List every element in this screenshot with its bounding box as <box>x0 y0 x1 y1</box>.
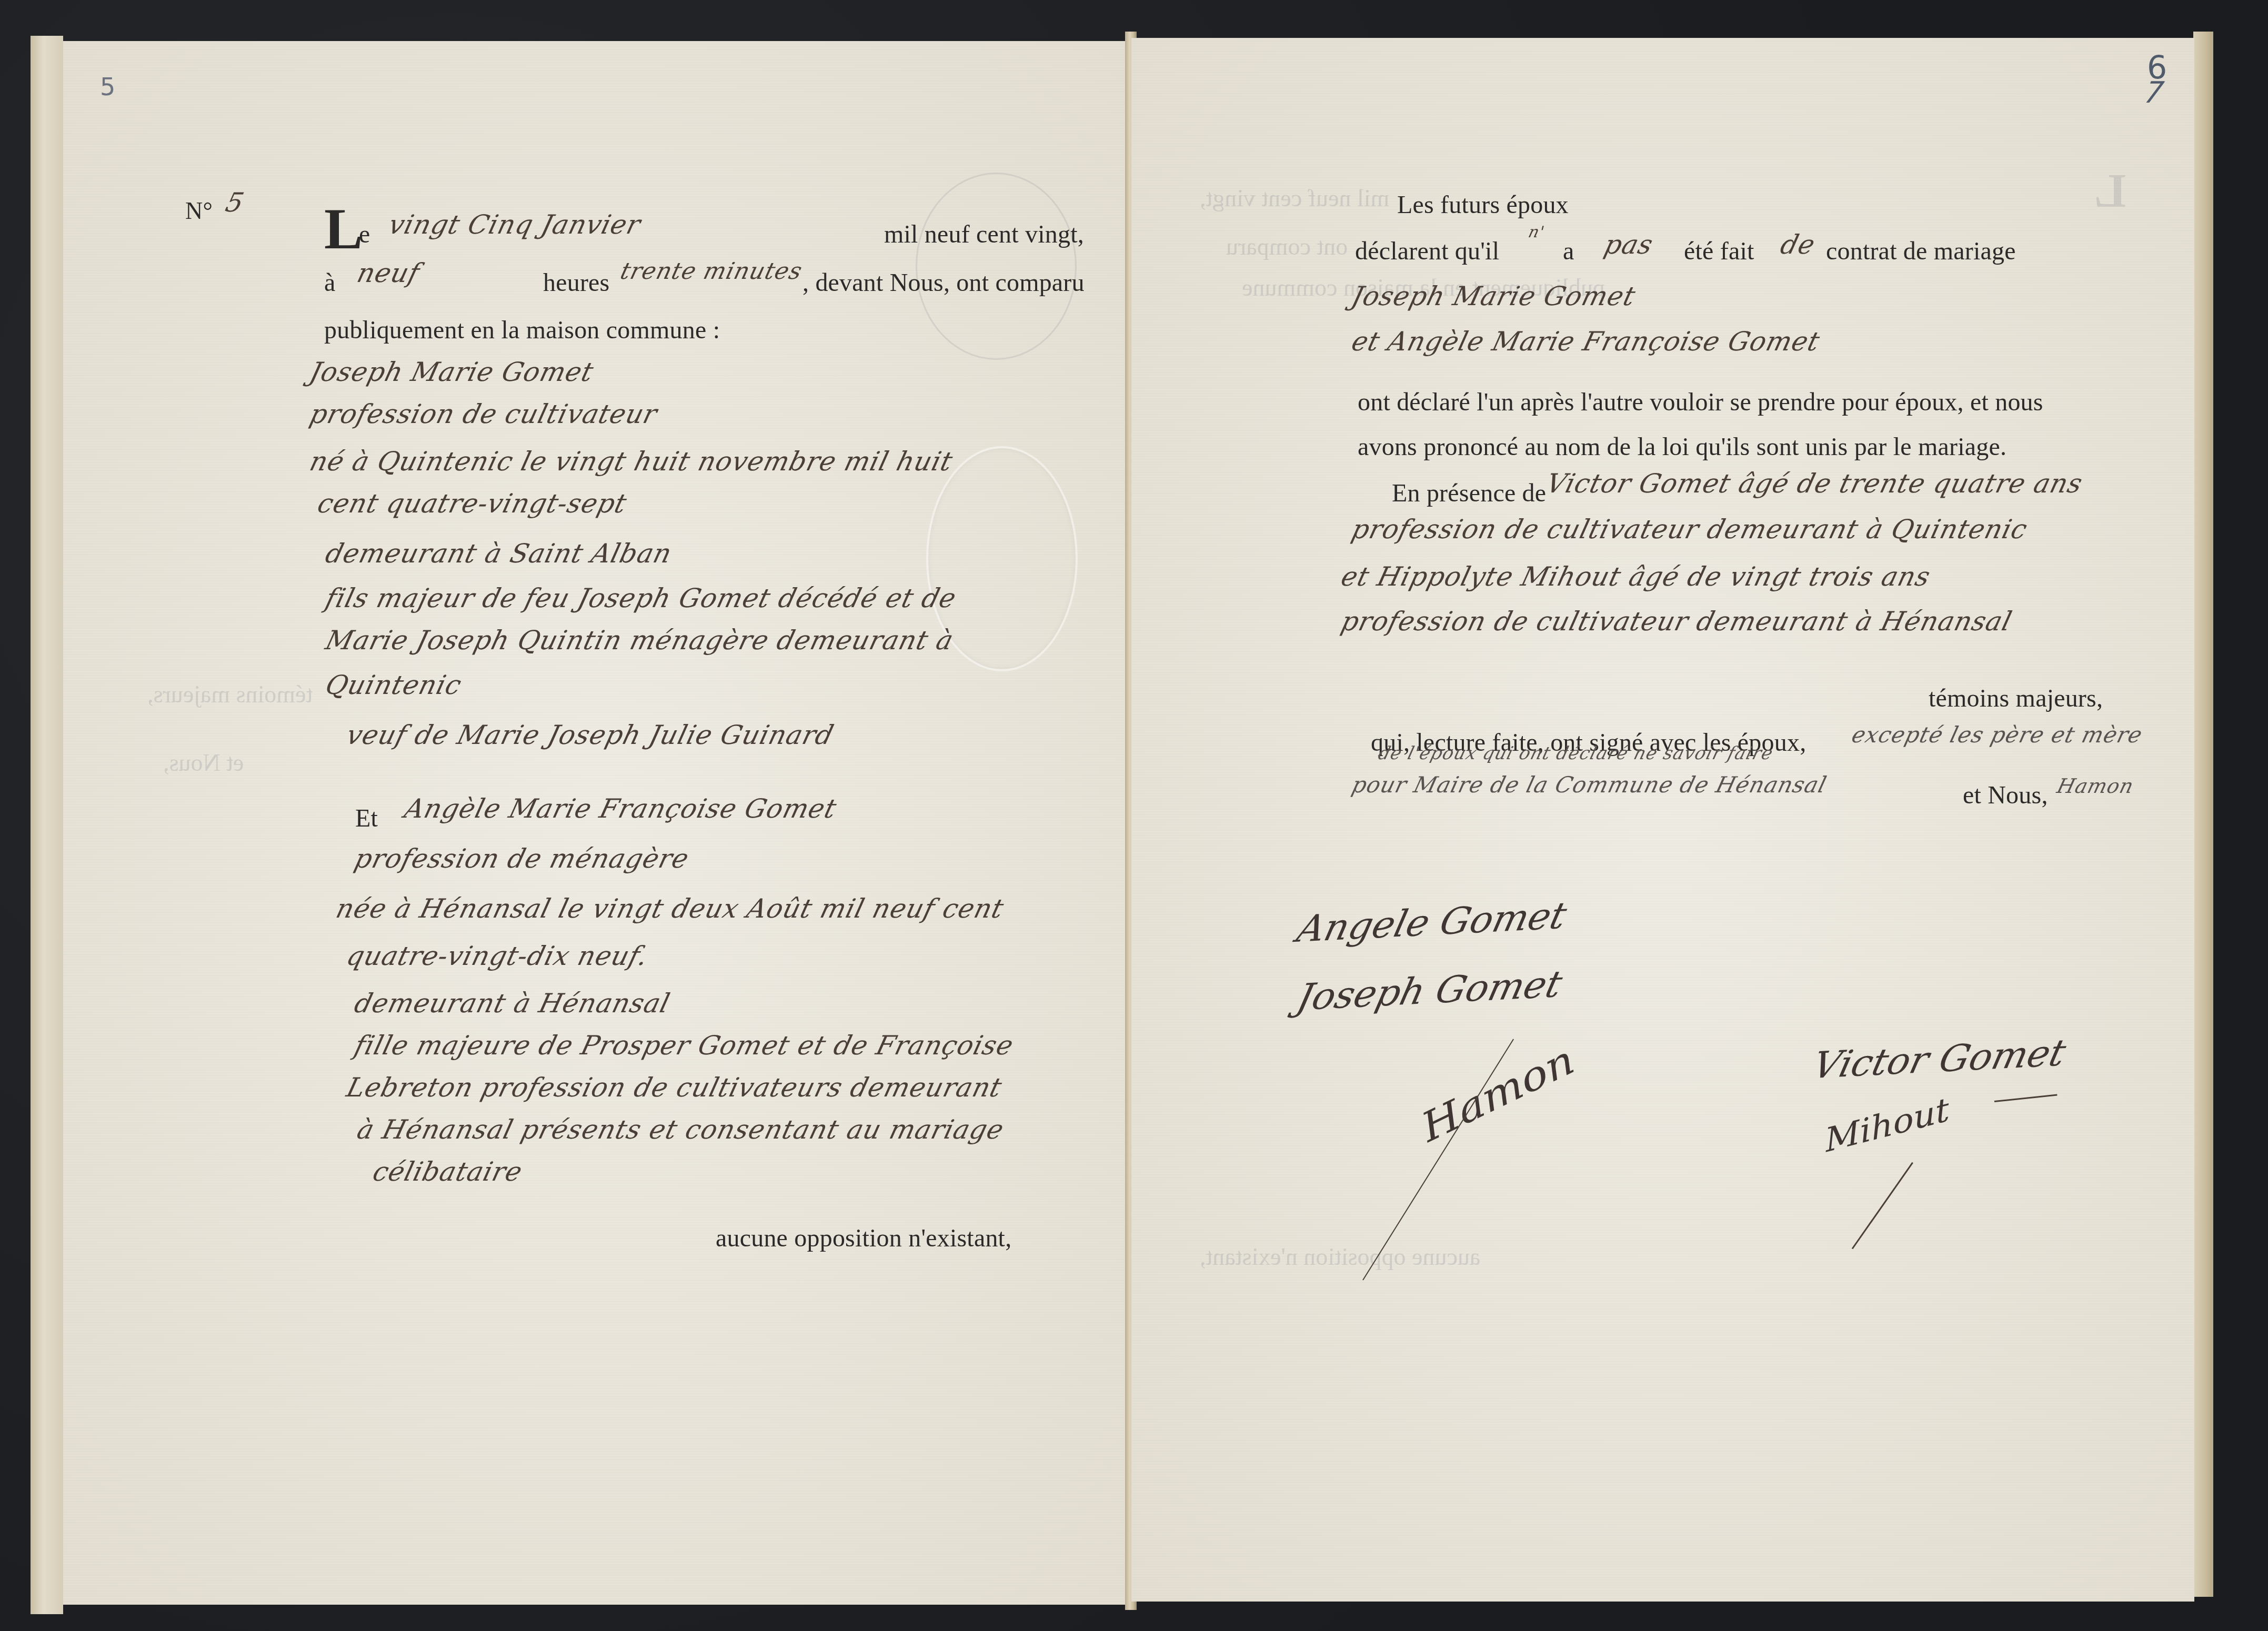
bride-residence: demeurant à Hénansal <box>352 988 674 1019</box>
signature-hamon: Hamon <box>1416 1036 1580 1152</box>
dropcap: L <box>324 200 363 258</box>
left-page-stack-edge <box>31 36 63 1614</box>
hand-officer-name: Hamon <box>2055 774 2136 798</box>
print-text: Les futurs époux <box>1397 190 1569 219</box>
print-text: contrat de mariage <box>1826 237 2016 266</box>
print-text: En présence de <box>1392 479 1546 508</box>
groom-birth: né à Quintenic le vingt huit novembre mi… <box>307 446 956 477</box>
et-label: Et <box>355 804 378 833</box>
print-text: , devant Nous, ont comparu <box>802 268 1085 297</box>
print-text: à <box>324 268 336 297</box>
hand-de: de <box>1778 229 1819 260</box>
witness-2-profession: profession de cultivateur demeurant à Hé… <box>1338 606 2015 637</box>
groom-parents: fils majeur de feu Joseph Gomet décédé e… <box>323 583 960 613</box>
show-through-text: et Nous, <box>163 749 244 777</box>
print-text: avons prononcé au nom de la loi qu'ils s… <box>1358 432 2006 461</box>
groom-profession: profession de cultivateur <box>307 399 661 429</box>
spouse-2-name: et Angèle Marie Françoise Gomet <box>1349 326 1823 357</box>
bride-parents-cont: Lebreton profession de cultivateurs deme… <box>344 1072 1006 1103</box>
signature-angele-gomet: Angele Gomet <box>1293 894 1571 951</box>
right-page: 6 7 mil neuf cent vingt, ont comparu pub… <box>1131 38 2194 1602</box>
print-text: été fait <box>1684 237 1754 266</box>
act-number-label: N° <box>185 197 213 225</box>
bride-profession: profession de ménagère <box>352 843 693 874</box>
print-text: publiquement en la maison commune : <box>324 316 720 345</box>
folio-number-sub: 7 <box>2138 76 2169 110</box>
hand-hour: neuf <box>354 258 423 288</box>
witness-1-profession: profession de cultivateur demeurant à Qu… <box>1349 514 2031 545</box>
spouse-1-name: Joseph Marie Gomet <box>1349 281 1639 311</box>
show-through-text: mil neuf cent vingt, <box>1200 184 1389 212</box>
print-text: e <box>359 220 370 249</box>
bride-parents: fille majeure de Prosper Gomet et de Fra… <box>352 1030 1017 1061</box>
show-through-text: aucune opposition n'existant, <box>1200 1243 1480 1271</box>
act-number: 5 <box>223 187 247 218</box>
show-through-dropcap: L <box>2094 164 2126 218</box>
hand-negation: n' <box>1527 223 1547 241</box>
print-text: a <box>1563 237 1574 266</box>
groom-status: veuf de Marie Joseph Julie Guinard <box>344 720 837 750</box>
bride-birth: née à Hénansal le vingt deux Août mil ne… <box>333 893 1007 924</box>
groom-parents-cont: Marie Joseph Quintin ménagère demeurant … <box>323 625 957 656</box>
hand-date: vingt Cinq Janvier <box>386 209 644 240</box>
print-text: déclarent qu'il <box>1355 237 1499 266</box>
print-text: témoins majeurs, <box>1929 684 2103 713</box>
groom-residence: demeurant à Saint Alban <box>323 538 675 569</box>
groom-birth-cont: cent quatre-vingt-sept <box>315 488 630 519</box>
corner-pencil-mark: 5 <box>100 73 115 101</box>
print-text: et Nous, <box>1963 781 2048 810</box>
signature-flourish <box>1994 1094 2058 1102</box>
show-through-text: témoins majeurs, <box>147 680 313 708</box>
hand-pas: pas <box>1601 229 1657 260</box>
signature-flourish <box>1852 1162 1913 1250</box>
bride-status: célibataire <box>370 1156 526 1187</box>
witness-1: Victor Gomet âgé de trente quatre ans <box>1543 468 2086 499</box>
print-text: ont déclaré l'un après l'autre vouloir s… <box>1358 388 2043 417</box>
groom-parents-place: Quintenic <box>323 670 465 700</box>
bride-birth-cont: quatre-vingt-dix neuf. <box>344 941 651 971</box>
witness-2: et Hippolyte Mihout âgé de vingt trois a… <box>1338 561 1934 592</box>
hand-exception: excepté les père et mère <box>1849 722 2145 748</box>
hand-mayor-line: pour Maire de la Commune de Hénansal <box>1349 772 1830 798</box>
signature-joseph-gomet: Joseph Gomet <box>1293 962 1567 1019</box>
faded-stamp <box>916 173 1077 360</box>
print-text-closing: aucune opposition n'existant, <box>716 1224 1011 1253</box>
hand-minutes: trente minutes <box>618 258 805 285</box>
signature-mihout: Mihout <box>1823 1091 1951 1160</box>
show-through-text: ont comparu <box>1226 233 1348 260</box>
left-page: 5 témoins majeurs, et Nous, N° 5 L e vin… <box>63 41 1131 1605</box>
bride-name: Angèle Marie Françoise Gomet <box>402 793 840 824</box>
bride-parents-place: à Hénansal présents et consentant au mar… <box>354 1114 1007 1145</box>
groom-name: Joseph Marie Gomet <box>307 357 597 387</box>
right-page-stack-edge <box>2193 32 2213 1597</box>
hand-interlinear: de l'époux qui ont déclaré ne savoir fai… <box>1376 743 1775 764</box>
signature-victor-gomet: Victor Gomet <box>1809 1031 2070 1088</box>
print-text: heures <box>543 268 609 297</box>
print-text: mil neuf cent vingt, <box>884 220 1084 249</box>
